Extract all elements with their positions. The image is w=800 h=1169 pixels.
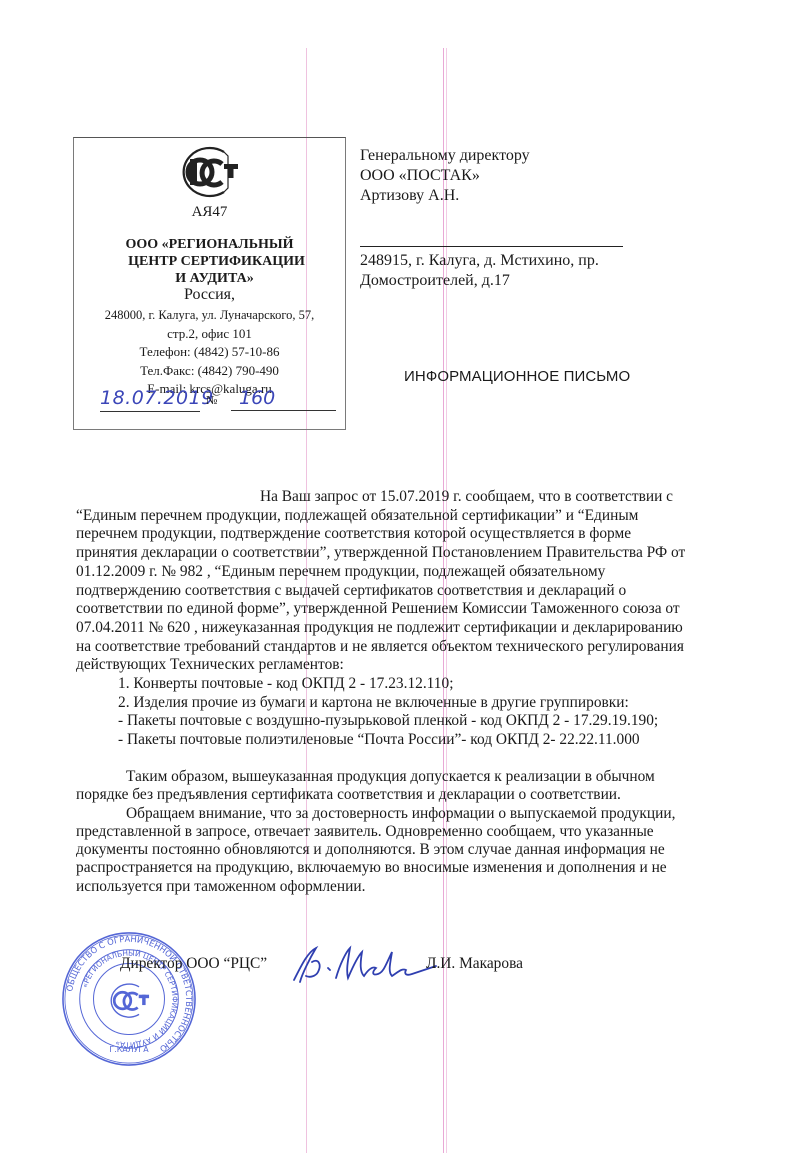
letter-body: На Ваш запрос от 15.07.2019 г. сообщаем,… — [76, 488, 776, 750]
product-list: 1. Конверты почтовые - код ОКПД 2 - 17.2… — [76, 675, 776, 750]
number-sign: № — [206, 393, 217, 408]
signatory-title: Директор ООО “РЦС” — [120, 955, 267, 973]
handwritten-signature-icon — [288, 942, 438, 986]
addressee: Генеральному директору ООО «ПОСТАК» Арти… — [360, 146, 530, 206]
registration-date: 18.07.2019 — [100, 387, 200, 412]
list-item: - Пакеты почтовые с воздушно-пузырьковой… — [118, 712, 776, 731]
conclusion: Таким образом, вышеуказанная продукция д… — [76, 768, 776, 896]
svg-text:Г.КАЛУГА: Г.КАЛУГА — [109, 1045, 149, 1054]
registration-line: 18.07.2019 № 160 — [88, 383, 332, 413]
rst-certification-mark-icon — [178, 144, 242, 200]
addressee-address: 248915, г. Калуга, д. Мстихино, пр. Домо… — [360, 251, 599, 291]
document-title: ИНФОРМАЦИОННОЕ ПИСЬМО — [404, 368, 630, 385]
country: Россия, — [74, 286, 345, 304]
list-item: - Пакеты почтовые полиэтиленовые “Почта … — [118, 731, 776, 750]
certificate-code: АЯ47 — [74, 204, 345, 221]
registration-number: 160 — [231, 387, 336, 411]
company-seal-icon: ОБЩЕСТВО С ОГРАНИЧЕННОЙ ОТВЕТСТВЕННОСТЬЮ… — [60, 930, 198, 1068]
signatory-name: Л.И. Макарова — [426, 955, 523, 973]
list-item: 1. Конверты почтовые - код ОКПД 2 - 17.2… — [118, 675, 776, 694]
divider — [360, 246, 623, 247]
organization-name: ООО «РЕГИОНАЛЬНЫЙ ЦЕНТР СЕРТИФИКАЦИИ И А… — [74, 236, 345, 287]
list-item: 2. Изделия прочие из бумаги и картона не… — [118, 694, 776, 713]
letterhead-stamp: АЯ47 ООО «РЕГИОНАЛЬНЫЙ ЦЕНТР СЕРТИФИКАЦИ… — [73, 137, 346, 430]
